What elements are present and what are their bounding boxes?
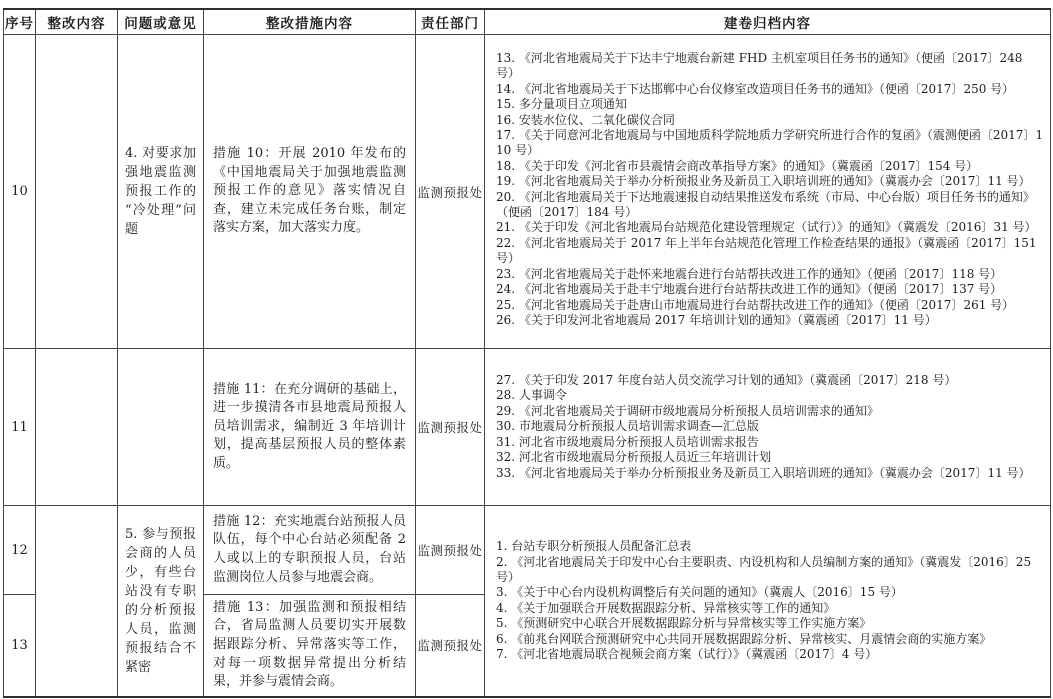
archive-item: 13. 《河北省地震局关于下达丰宁地震台新建 FHD 主机室项目任务书的通知》（… xyxy=(496,51,1044,82)
cell-measure-12: 措施 12：充实地震台站预报人员队伍，每个中心台站必须配备 2 人或以上的专职预… xyxy=(204,506,416,595)
cell-department-11: 监测预报处 xyxy=(416,349,485,506)
header-measure: 整改措施内容 xyxy=(204,9,416,35)
archive-item: 21. 《关于印发《河北省地震局台站规范化建设管理规定（试行）》的通知》（冀震发… xyxy=(496,220,1044,235)
cell-seq-10: 10 xyxy=(4,35,36,349)
archive-item: 17. 《关于同意河北省地震局与中国地质科学院地质力学研究所进行合作的复函》（震… xyxy=(496,128,1044,159)
cell-archive-10: 13. 《河北省地震局关于下达丰宁地震台新建 FHD 主机室项目任务书的通知》（… xyxy=(485,35,1051,349)
archive-item: 24. 《河北省地震局关于赴丰宁地震台进行台站帮扶改进工作的通知》（便函〔201… xyxy=(496,282,1044,297)
archive-item: 6. 《前兆台网联合预测研究中心共同开展数据跟踪分析、异常核实、月震情会商的实施… xyxy=(496,632,1044,647)
archive-item: 7. 《河北省地震局联合视频会商方案（试行）》（冀震函〔2017〕4 号） xyxy=(496,647,1044,662)
archive-item: 31. 河北省市级地震局分析预报人员培训需求报告 xyxy=(496,435,1044,450)
cell-measure-13: 措施 13：加强监测和预报相结合，省局监测人员要切实开展数据跟踪分析、异常落实等… xyxy=(204,595,416,697)
archive-item: 25. 《河北省地震局关于赴唐山市地震局进行台站帮扶改进工作的通知》（便函〔20… xyxy=(496,298,1044,313)
header-seq: 序号 xyxy=(4,9,36,35)
archive-item: 26. 《关于印发河北省地震局 2017 年培训计划的通知》（冀震函〔2017〕… xyxy=(496,313,1044,328)
archive-item: 22. 《河北省地震局关于 2017 年上半年台站规范化管理工作检查结果的通报》… xyxy=(496,236,1044,267)
archive-item: 15. 多分量项目立项通知 xyxy=(496,97,1044,112)
cell-problem-4: 4. 对要求加强地震监测预报工作的“冷处理”问题 xyxy=(118,35,204,349)
cell-problem-5: 5. 参与预报会商的人员少，有些台站没有专职的分析预报人员，监测预报结合不紧密 xyxy=(118,506,204,697)
header-row: 序号 整改内容 问题或意见 整改措施内容 责任部门 建卷归档内容 xyxy=(4,9,1051,35)
table-row-12: 12 5. 参与预报会商的人员少，有些台站没有专职的分析预报人员，监测预报结合不… xyxy=(4,506,1051,595)
table-row-10: 10 4. 对要求加强地震监测预报工作的“冷处理”问题 措施 10：开展 201… xyxy=(4,35,1051,349)
cell-problem-11 xyxy=(118,349,204,506)
archive-item: 27. 《关于印发 2017 年度台站人员交流学习计划的通知》（冀震函〔2017… xyxy=(496,373,1044,388)
archive-item: 29. 《河北省地震局关于调研市级地震局分析预报人员培训需求的通知》 xyxy=(496,404,1044,419)
archive-item: 18. 《关于印发《河北省市县震情会商改革指导方案》的通知》（冀震函〔2017〕… xyxy=(496,159,1044,174)
cell-measure-11: 措施 11：在充分调研的基础上，进一步摸清各市县地震局预报人员培训需求，编制近 … xyxy=(204,349,416,506)
header-department: 责任部门 xyxy=(416,9,485,35)
cell-content-11 xyxy=(36,349,118,506)
cell-department-10: 监测预报处 xyxy=(416,35,485,349)
document-page: { "colors": { "background": "#ffffff", "… xyxy=(0,0,1053,699)
archive-item: 32. 河北省市级地震局分析预报人员近三年培训计划 xyxy=(496,450,1044,465)
cell-archive-12-13: 1. 台站专职分析预报人员配备汇总表2. 《河北省地震局关于印发中心台主要职责、… xyxy=(485,506,1051,697)
header-archive: 建卷归档内容 xyxy=(485,9,1051,35)
archive-item: 5. 《预测研究中心联合开展数据跟踪分析与异常核实等工作实施方案》 xyxy=(496,616,1044,631)
archive-item: 14. 《河北省地震局关于下达邯郸中心台仪修室改造项目任务书的通知》（便函〔20… xyxy=(496,82,1044,97)
cell-seq-12: 12 xyxy=(4,506,36,595)
archive-item: 33. 《河北省地震局关于举办分析预报业务及新员工入职培训班的通知》（冀震办会〔… xyxy=(496,466,1044,481)
cell-archive-11: 27. 《关于印发 2017 年度台站人员交流学习计划的通知》（冀震函〔2017… xyxy=(485,349,1051,506)
rectification-table: 序号 整改内容 问题或意见 整改措施内容 责任部门 建卷归档内容 10 4. 对… xyxy=(3,8,1051,698)
table-row-11: 11 措施 11：在充分调研的基础上，进一步摸清各市县地震局预报人员培训需求，编… xyxy=(4,349,1051,506)
archive-item: 19. 《河北省地震局关于举办分析预报业务及新员工入职培训班的通知》（冀震办会〔… xyxy=(496,174,1044,189)
archive-item: 2. 《河北省地震局关于印发中心台主要职责、内设机构和人员编制方案的通知》（冀震… xyxy=(496,555,1044,586)
archive-item: 16. 安装水位仪、二氧化碳仪合同 xyxy=(496,113,1044,128)
header-content: 整改内容 xyxy=(36,9,118,35)
cell-seq-13: 13 xyxy=(4,595,36,697)
cell-department-12: 监测预报处 xyxy=(416,506,485,595)
cell-measure-10: 措施 10：开展 2010 年发布的《中国地震局关于加强地震监测预报工作的意见》… xyxy=(204,35,416,349)
archive-item: 28. 人事调令 xyxy=(496,388,1044,403)
archive-item: 23. 《河北省地震局关于赴怀来地震台进行台站帮扶改进工作的通知》（便函〔201… xyxy=(496,267,1044,282)
archive-item: 20. 《河北省地震局关于下达地震速报自动结果推送发布系统（市局、中心台版）项目… xyxy=(496,190,1044,221)
cell-content-12-13 xyxy=(36,506,118,697)
cell-department-13: 监测预报处 xyxy=(416,595,485,697)
cell-content-10 xyxy=(36,35,118,349)
header-problem: 问题或意见 xyxy=(118,9,204,35)
cell-seq-11: 11 xyxy=(4,349,36,506)
archive-item: 4. 《关于加强联合开展数据跟踪分析、异常核实等工作的通知》 xyxy=(496,601,1044,616)
archive-item: 1. 台站专职分析预报人员配备汇总表 xyxy=(496,539,1044,554)
archive-item: 30. 市地震局分析预报人员培训需求调查—汇总版 xyxy=(496,419,1044,434)
archive-item: 3. 《关于中心台内设机构调整后有关问题的通知》（冀震人〔2016〕15 号） xyxy=(496,585,1044,600)
